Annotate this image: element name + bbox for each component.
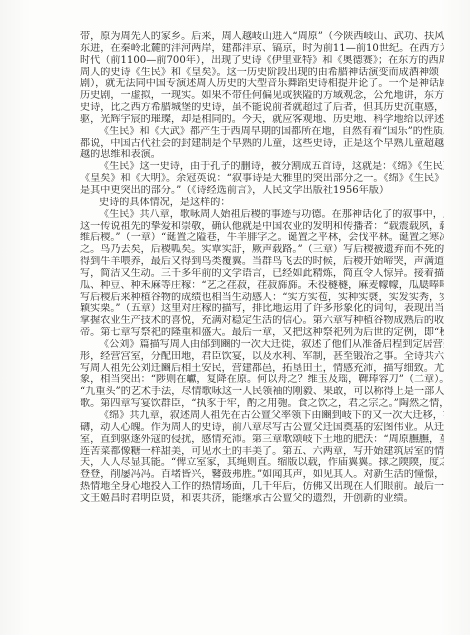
text-line: 带，原为周先人的家乡。后来，周人越岐山进入“周原”（今陕西岐山、武功、扶风一带）… <box>80 31 444 43</box>
text-line: 得到牛羊喂养，最后又得到鸟类覆翼。当群鸟飞去的时候，后稷开始啼哭，声满道路。这些… <box>80 256 444 268</box>
paragraph-first-line: 史诗的具体情况，是这样的： <box>80 197 444 209</box>
paragraph-first-line: 《生民》共八章，歌咏周人始祖后稷的事迹与功德。在那神话化了的叙事中，反映周人对于 <box>80 209 444 221</box>
text-line: 之。鸟乃去矣，后稷呱矣。实覃实訏，厥声载路。”（三章）写后稷被遗弃而不死的神异。… <box>80 244 444 256</box>
text-line: 文王姬昌时君明臣贤，和衷共济，能继承古公亶父的遗烈，开创新的业绩。 <box>80 493 444 505</box>
paragraph-first-line: 《绵》共九章，叙述周人祖先在古公亶父率领下由豳到岐下的又一次大迁移，写得气势磅 <box>80 410 444 422</box>
text-line: 形，经营宫室，分配田地，君臣饮宴，以及水利、军制，甚至锻冶之事。全诗共六章，前五… <box>80 351 444 363</box>
text-line: 是其中更突出的部分。”（《诗经选前言》，人民文学出版社1956年版） <box>80 185 444 197</box>
text-line: 《皇矣》和《大明》。余冠英说：“叙事诗是大雅里的突出部分之一。《绵》《生民》《公… <box>80 173 444 185</box>
text-line: 都说，中国古代社会的封建制是个早熟的儿童，这些史诗，正是这个早熟儿童超越其他地域… <box>80 138 444 150</box>
text-line: 历史剧，一虚拟，一现实。如果不带任何偏见或狭隘的方域观念，公允地讲，东方沣京、镐… <box>80 90 444 102</box>
text-line: 颖实栗。”（五章）这里对庄稼的描写，排比地运用了许多形象化的词句，表现出当时人们… <box>80 303 444 315</box>
scanned-book-page: 带，原为周先人的家乡。后来，周人越岐山进入“周原”（今陕西岐山、武功、扶风一带）… <box>0 0 470 635</box>
text-line: 瓜、种豆、种禾麻等庄稼：“艺之荏菽，荏菽旆旆。禾役穟穟，麻麦幪幪，瓜瓞唪唪。”（… <box>80 280 444 292</box>
text-line: 连苦菜都像糖一样甜美，可见水土的丰美了。第五、六两章，写开始建筑居室的情形，热火… <box>80 446 444 458</box>
text-line: 登登，削屡冯冯。百堵皆兴，鼛鼓弗胜。”如闻其声，如见其人。对新生活的憧憬，使全族… <box>80 469 444 481</box>
text-line: 写，简洁又生动。三千多年前的文学语言，已经如此精炼，简直令人惊异。接着描写后稷试… <box>80 268 444 280</box>
text-line: 时代（前1100—前700年），出现了史诗《伊里亚特》和《奥德赛》；在东方的西周… <box>80 55 444 67</box>
text-line: 驱，光辉宇宸的璀璨，却是相同的。今天，就应客观地、历史地、科学地给以评述。 <box>80 114 444 126</box>
text-line: 歌。第四章写宴饮群臣，“执豕于牢，酌之用匏。食之饮之，君之宗之。”陶然之情，跃然… <box>80 398 444 410</box>
text-line: 礴，动人心魄。作为周人的史诗，前八章尽写古公亶父迁国奠基的宏图伟业。从迁岐、授田… <box>80 422 444 434</box>
text-line: 热情地全身心地投入工作的热情场面，几千年后，仿佛又出现在人们眼前。最后一章，落脚… <box>80 481 444 493</box>
text-line: 写后稷后来种植谷物的成绩也相当生动感人：“实方实苞，实种实褎，实发实秀，实坚实好… <box>80 292 444 304</box>
text-line: 史诗，比之西方希腊城堡的史诗，虽不能说前者就超过了后者，但其历史沉重感，二者的并… <box>80 102 444 114</box>
text-line: 象，相当突出：“陟则在巘，复降在原。何以舟之？维玉及瑶，鞞琫容刀”（二章）。全诗… <box>80 374 444 386</box>
text-line: 剧），就无法同中国专演述周人历史的大型音乐舞蹈史诗相提并论了。一个是神话剧，一个… <box>80 78 444 90</box>
text-line: “九重头”的艺术手法，尽情歌咏这一人民领袖的刚毅、果敢，可以称得上是一部人民领袖… <box>80 386 444 398</box>
text-line: 东进，在秦岭北麓的沣河两岸，建都沣京、镐京，时为前11—前10世纪。在西方为古希… <box>80 43 444 55</box>
text-line: 掌握农业生产技术的喜悦，充满对稳定生活的信心。第六章写种植谷物成熟后的收获，始祭… <box>80 315 444 327</box>
paragraph-first-line: 《公刘》篇描写周人由邰到豳的一次大迁徙，叙述了他们从准备启程到定居营建，如观测地 <box>80 339 444 351</box>
body-text: 带，原为周先人的家乡。后来，周人越岐山进入“周原”（今陕西岐山、武功、扶风一带）… <box>80 31 444 505</box>
text-line: 写周人祖先公刘迁豳后相土安民，营建都邑，拓垦田土，情感充沛，描写细致。尤其是公刘… <box>80 363 444 375</box>
text-line: 维后稷。”（一章）“诞置之隘巷，牛羊腓字之。诞置之平林，会伐平林。诞置之寒冰，鸟… <box>80 232 444 244</box>
text-line: 天，人人尽显其能。“俾立室家，其绳则直。缩版以载，作庙翼翼。捄之陾陾，度之薨薨。… <box>80 457 444 469</box>
text-line: 越的思维和表演。 <box>80 149 444 161</box>
text-line: 周人的史诗《生民》和《皇矣》。这一历史阶段出现的由希腊神话演变而成酒神颂（希腊悲 <box>80 67 444 79</box>
text-line: 这一传说祖先的挚爱和崇敬，确认他就是中国农业的发明和传播者：“载震载夙，载生载育… <box>80 221 444 233</box>
paragraph-first-line: 《生民》和《大武》都产生于西周早期的国都所在地，自然有着“国乐”的性质。史学家 <box>80 126 444 138</box>
paragraph-first-line: 《生民》这一史诗，由于孔子的删诗，被分割成五首诗，这就是：《绵》《生民》《公刘》 <box>80 161 444 173</box>
text-line: 帝。第七章写祭祀的隆重和盛大。最后一章，又把这种祭祀列为后世的定例，即“秋神报赛… <box>80 327 444 339</box>
text-line: 室，直到驱逐外寇的侵扰，感情充沛。第三章歌颂岐下土地的肥沃：“周原膴膴，堇荼如饴… <box>80 434 444 446</box>
